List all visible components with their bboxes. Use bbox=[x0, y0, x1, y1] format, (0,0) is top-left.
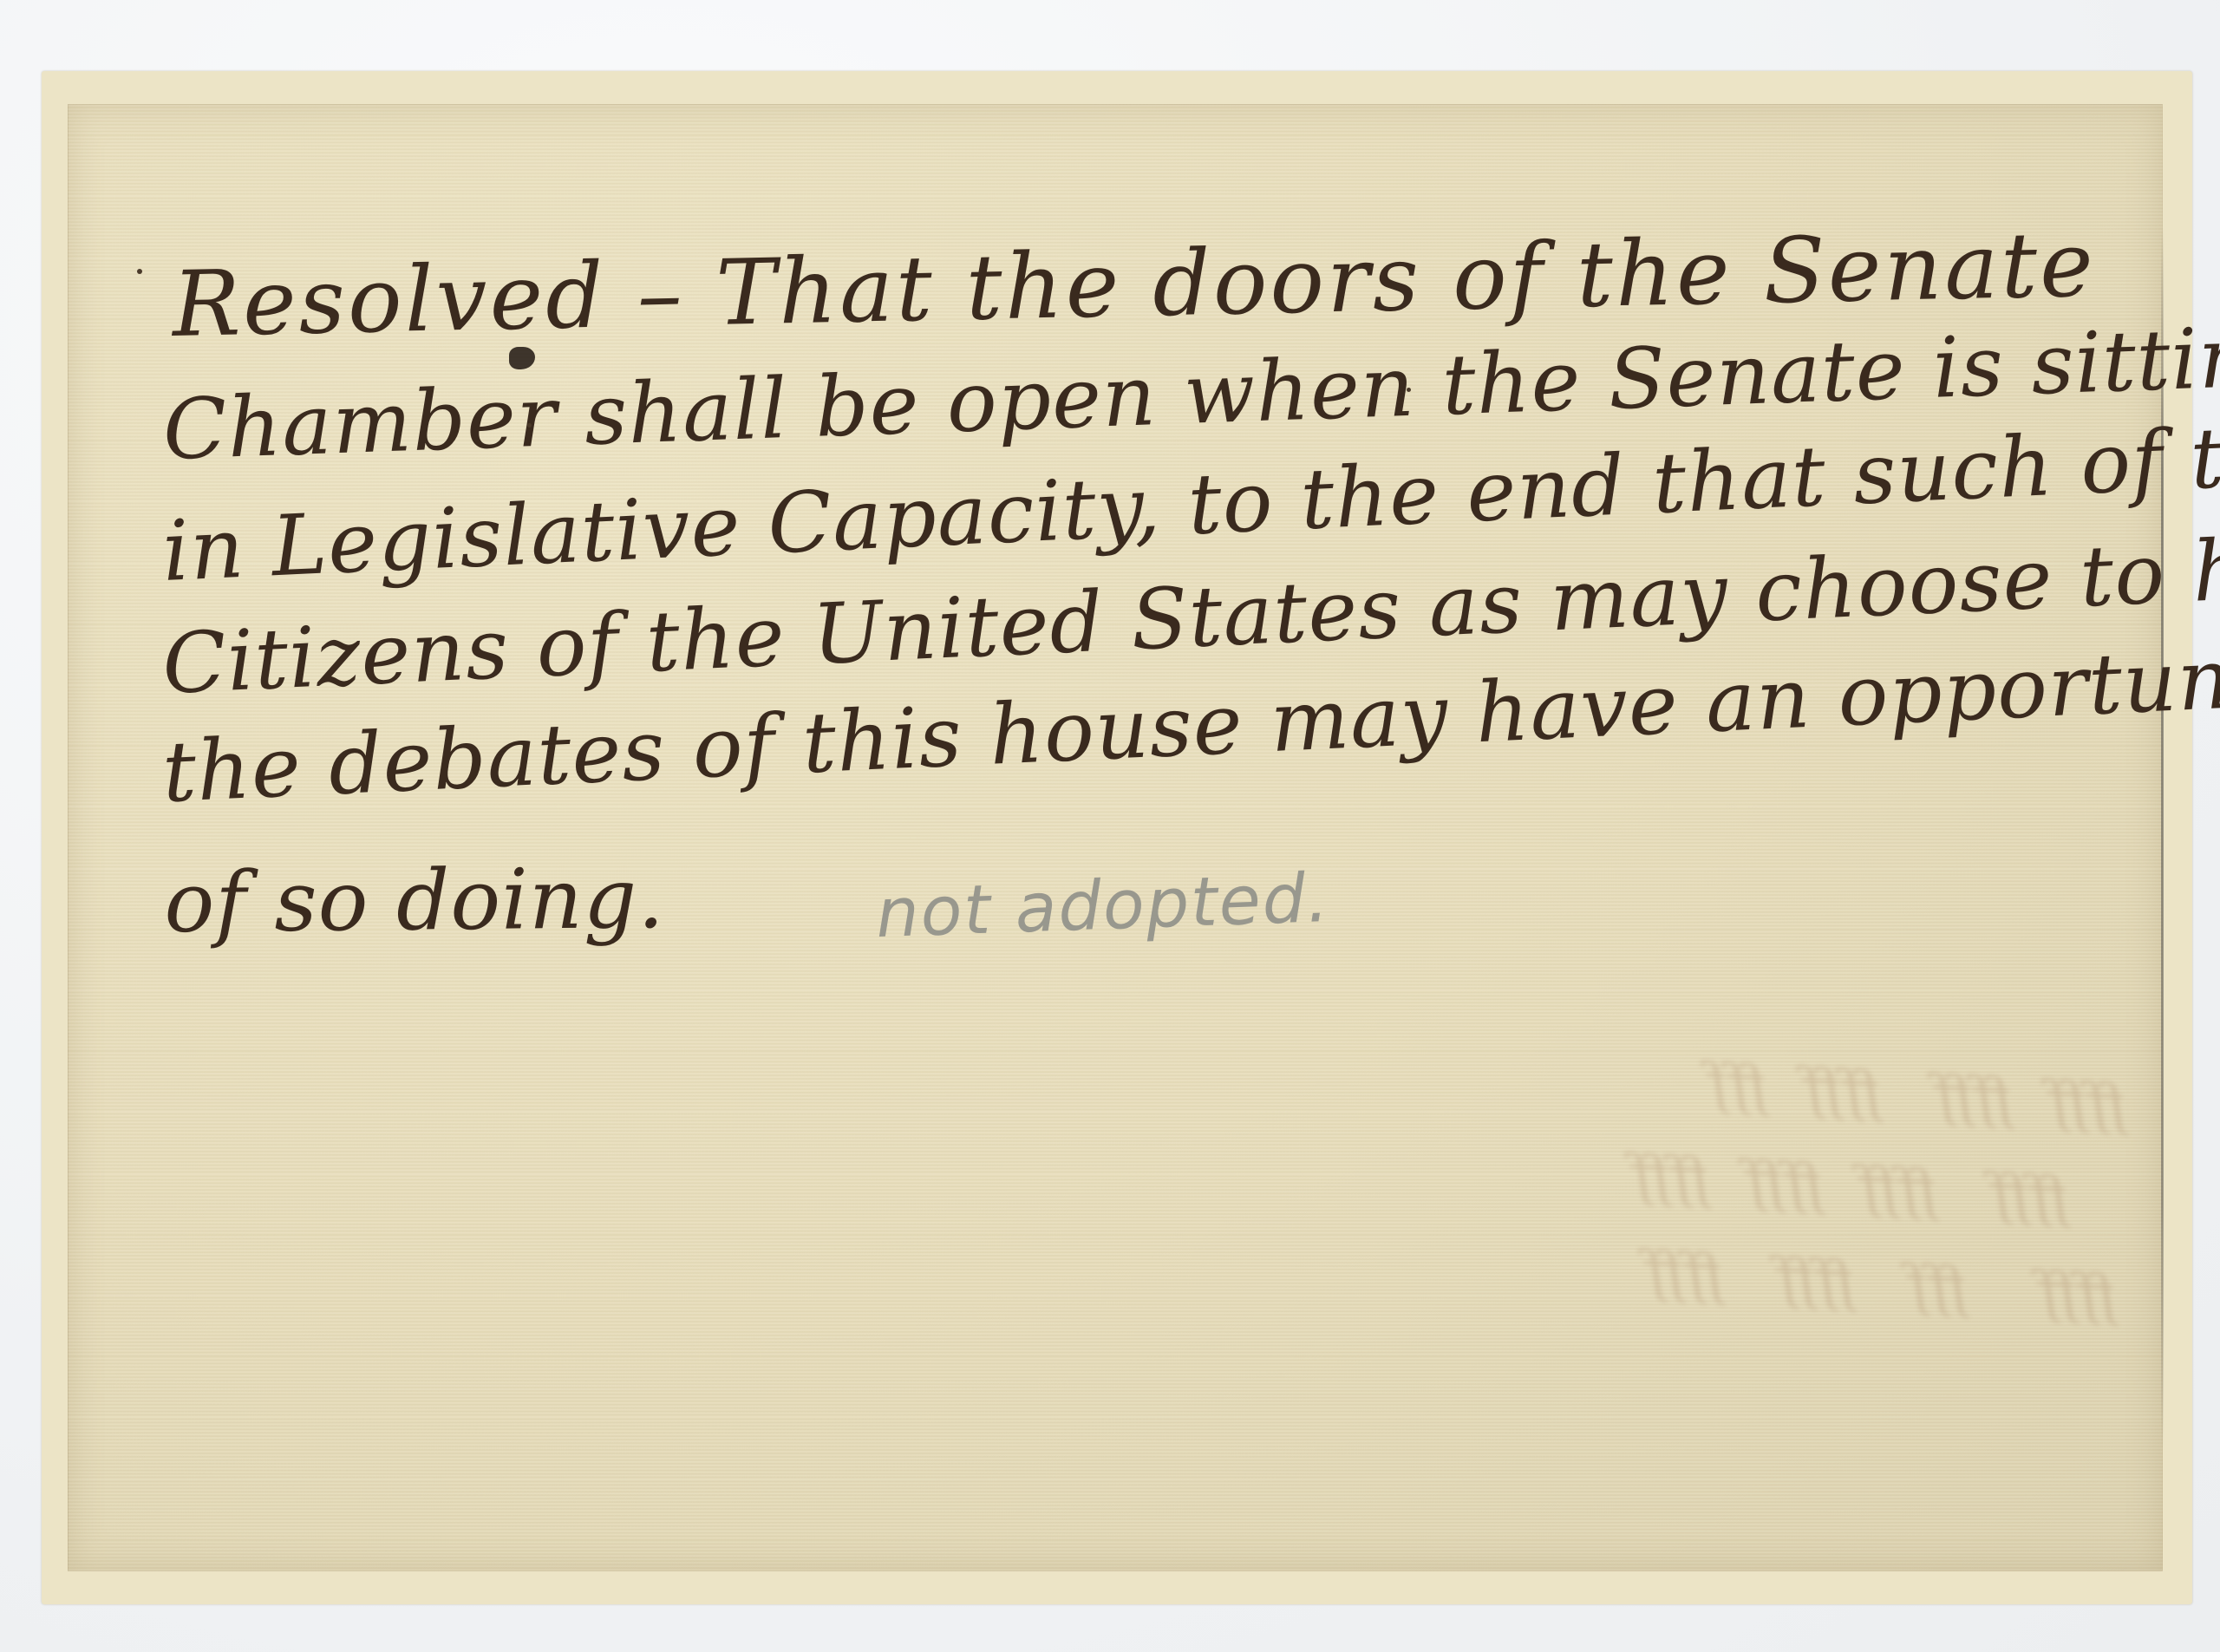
bleed-through-writing: ffff ffff ffff fff ffff ffff ffff ffff f… bbox=[159, 957, 2128, 1629]
pencil-annotation: not adopted. bbox=[875, 859, 1332, 953]
line-6: of so doing. bbox=[164, 850, 665, 951]
ink-speck bbox=[1407, 388, 1411, 392]
ink-speck bbox=[527, 423, 532, 428]
ink-speck bbox=[137, 269, 142, 274]
